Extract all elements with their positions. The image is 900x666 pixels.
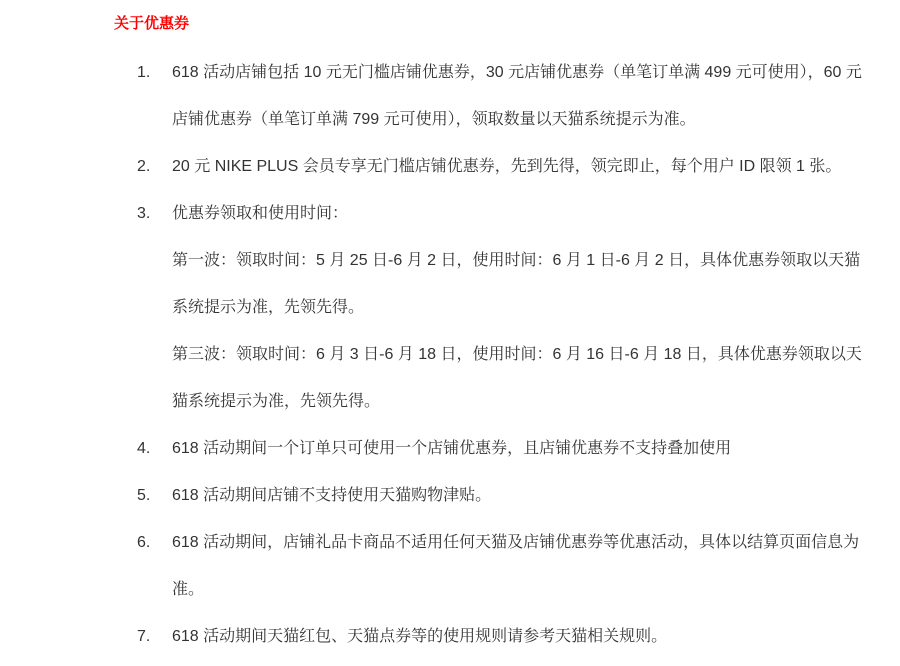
list-item-line: 20 元 NIKE PLUS 会员专享无门槛店铺优惠券，先到先得，领完即止，每个…	[172, 143, 890, 190]
list-item-number: 6.	[137, 519, 172, 566]
list-item: 2. 20 元 NIKE PLUS 会员专享无门槛店铺优惠券，先到先得，领完即止…	[114, 143, 890, 190]
list-item: 1. 618 活动店铺包括 10 元无门槛店铺优惠券，30 元店铺优惠券（单笔订…	[114, 49, 890, 143]
list-item-content: 618 活动期间，店铺礼品卡商品不适用任何天猫及店铺优惠券等优惠活动，具体以结算…	[172, 519, 890, 613]
list-item-number: 2.	[137, 143, 172, 190]
list-item-content: 618 活动期间天猫红包、天猫点券等的使用规则请参考天猫相关规则。	[172, 613, 890, 660]
list-item-line: 618 活动期间，店铺礼品卡商品不适用任何天猫及店铺优惠券等优惠活动，具体以结算…	[172, 519, 890, 566]
section-heading: 关于优惠券	[114, 14, 890, 34]
list-item-line: 第三波：领取时间：6 月 3 日-6 月 18 日，使用时间：6 月 16 日-…	[172, 331, 890, 378]
list-item-content: 618 活动店铺包括 10 元无门槛店铺优惠券，30 元店铺优惠券（单笔订单满 …	[172, 49, 890, 143]
list-item-line: 618 活动期间店铺不支持使用天猫购物津贴。	[172, 472, 890, 519]
list-item-line: 618 活动店铺包括 10 元无门槛店铺优惠券，30 元店铺优惠券（单笔订单满 …	[172, 49, 890, 96]
list-item-number: 1.	[137, 49, 172, 96]
rules-list: 1. 618 活动店铺包括 10 元无门槛店铺优惠券，30 元店铺优惠券（单笔订…	[114, 49, 890, 660]
list-item-line: 优惠券领取和使用时间：	[172, 190, 890, 237]
list-item-content: 20 元 NIKE PLUS 会员专享无门槛店铺优惠券，先到先得，领完即止，每个…	[172, 143, 890, 190]
list-item: 4. 618 活动期间一个订单只可使用一个店铺优惠券，且店铺优惠券不支持叠加使用	[114, 425, 890, 472]
list-item-number: 4.	[137, 425, 172, 472]
list-item: 6. 618 活动期间，店铺礼品卡商品不适用任何天猫及店铺优惠券等优惠活动，具体…	[114, 519, 890, 613]
list-item-line: 店铺优惠券（单笔订单满 799 元可使用），领取数量以天猫系统提示为准。	[172, 96, 890, 143]
list-item-number: 3.	[137, 190, 172, 237]
list-item-content: 优惠券领取和使用时间： 第一波：领取时间：5 月 25 日-6 月 2 日，使用…	[172, 190, 890, 425]
list-item-line: 猫系统提示为准，先领先得。	[172, 378, 890, 425]
list-item-line: 618 活动期间天猫红包、天猫点券等的使用规则请参考天猫相关规则。	[172, 613, 890, 660]
list-item-line: 系统提示为准，先领先得。	[172, 284, 890, 331]
list-item-number: 7.	[137, 613, 172, 660]
list-item-line: 准。	[172, 566, 890, 613]
list-item: 7. 618 活动期间天猫红包、天猫点券等的使用规则请参考天猫相关规则。	[114, 613, 890, 660]
list-item-content: 618 活动期间店铺不支持使用天猫购物津贴。	[172, 472, 890, 519]
list-item-line: 第一波：领取时间：5 月 25 日-6 月 2 日，使用时间：6 月 1 日-6…	[172, 237, 890, 284]
list-item: 5. 618 活动期间店铺不支持使用天猫购物津贴。	[114, 472, 890, 519]
list-item-number: 5.	[137, 472, 172, 519]
document-page: 关于优惠券 1. 618 活动店铺包括 10 元无门槛店铺优惠券，30 元店铺优…	[0, 0, 900, 660]
list-item-line: 618 活动期间一个订单只可使用一个店铺优惠券，且店铺优惠券不支持叠加使用	[172, 425, 890, 472]
list-item: 3. 优惠券领取和使用时间： 第一波：领取时间：5 月 25 日-6 月 2 日…	[114, 190, 890, 425]
list-item-content: 618 活动期间一个订单只可使用一个店铺优惠券，且店铺优惠券不支持叠加使用	[172, 425, 890, 472]
